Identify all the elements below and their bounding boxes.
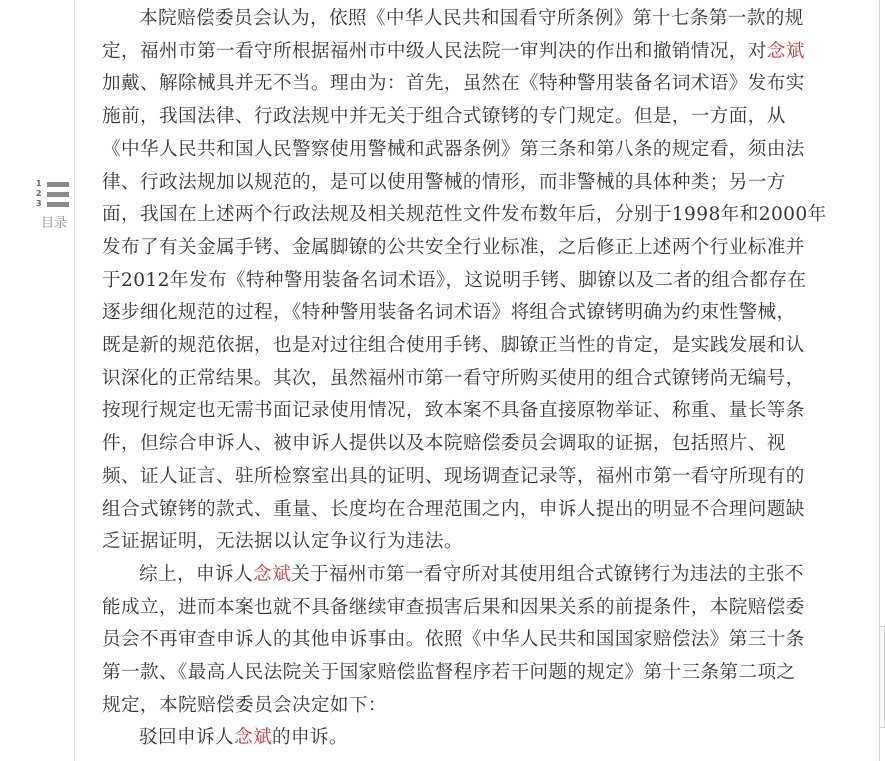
text-line: 乏证据证明，无法据以认定争议行为违法。 <box>102 526 844 559</box>
text-segment: 综上，申诉人 <box>139 564 253 585</box>
text-segment: 频、证人证言、驻所检察室出具的证明、现场调查记录等，福州市第一看守所现有的 <box>102 466 805 487</box>
text-line: 驳回申诉人念斌的申诉。 <box>102 722 844 755</box>
text-segment: 件，但综合申诉人、被申诉人提供以及本院赔偿委员会调取的证据，包括照片、视 <box>102 433 786 454</box>
text-line: 组合式镣铐的款式、重量、长度均在合理范围之内，申诉人提出的明显不合理问题缺 <box>102 494 844 527</box>
text-segment: 驳回申诉人 <box>139 727 234 748</box>
paragraph: 本院赔偿委员会认为，依照《中华人民共和国看守所条例》第十七条第一款的规定，福州市… <box>102 3 844 559</box>
text-line: 既是新的规范依据，也是对过往组合使用手铐、脚镣正当性的肯定，是实践发展和认 <box>102 330 844 363</box>
highlighted-name: 念斌 <box>234 727 272 748</box>
text-segment: 《中华人民共和国人民警察使用警械和武器条例》第三条和第八条的规定看，须由法 <box>102 139 805 160</box>
text-line: 定，福州市第一看守所根据福州市中级人民法院一审判决的作出和撤销情况，对念斌 <box>102 36 844 69</box>
highlighted-name: 念斌 <box>767 41 805 62</box>
text-line: 发布了有关金属手铐、金属脚镣的公共安全行业标准，之后修正上述两个行业标准并 <box>102 232 844 265</box>
text-line: 施前，我国法律、行政法规中并无关于组合式镣铐的专门规定。但是，一方面，从 <box>102 101 844 134</box>
text-line: 能成立，进而本案也就不具备继续审查损害后果和因果关系的前提条件，本院赔偿委 <box>102 592 844 625</box>
text-segment: 加戴、解除械具并无不当。理由为：首先，虽然在《特种警用装备名词术语》发布实 <box>102 73 805 94</box>
numbered-list-icon: 1 2 3 <box>34 180 74 210</box>
text-segment: 定，福州市第一看守所根据福州市中级人民法院一审判决的作出和撤销情况，对 <box>102 41 767 62</box>
text-line: 识深化的正常结果。其次，虽然福州市第一看守所购买使用的组合式镣铐尚无编号， <box>102 363 844 396</box>
text-line: 规定，本院赔偿委员会决定如下： <box>102 690 844 723</box>
text-segment: 能成立，进而本案也就不具备继续审查损害后果和因果关系的前提条件，本院赔偿委 <box>102 597 805 618</box>
text-line: 《中华人民共和国人民警察使用警械和武器条例》第三条和第八条的规定看，须由法 <box>102 134 844 167</box>
paragraph: 综上，申诉人念斌关于福州市第一看守所对其使用组合式镣铐行为违法的主张不能成立，进… <box>102 559 844 723</box>
text-segment: 员会不再审查申诉人的其他申诉事由。依照《中华人民共和国国家赔偿法》第三十条 <box>102 629 805 650</box>
document-body: 本院赔偿委员会认为，依照《中华人民共和国看守所条例》第十七条第一款的规定，福州市… <box>102 0 844 755</box>
text-line: 律、行政法规加以规范的，是可以使用警械的情形，而非警械的具体种类；另一方 <box>102 167 844 200</box>
text-line: 第一款、《最高人民法院关于国家赔偿监督程序若干问题的规定》第十三条第二项之 <box>102 657 844 690</box>
left-rail: 1 2 3 目录 <box>0 0 74 761</box>
text-line: 加戴、解除械具并无不当。理由为：首先，虽然在《特种警用装备名词术语》发布实 <box>102 68 844 101</box>
content-left-border <box>74 0 75 761</box>
text-line: 员会不再审查申诉人的其他申诉事由。依照《中华人民共和国国家赔偿法》第三十条 <box>102 624 844 657</box>
text-line: 面，我国在上述两个行政法规及相关规范性文件发布数年后，分别于1998年和2000… <box>102 199 844 232</box>
paragraph: 驳回申诉人念斌的申诉。 <box>102 722 844 755</box>
text-segment: 乏证据证明，无法据以认定争议行为违法。 <box>102 531 463 552</box>
highlighted-name: 念斌 <box>253 564 291 585</box>
text-segment: 发布了有关金属手铐、金属脚镣的公共安全行业标准，之后修正上述两个行业标准并 <box>102 237 805 258</box>
text-line: 按现行规定也无需书面记录使用情况，致本案不具备直接原物举证、称重、量长等条 <box>102 395 844 428</box>
text-line: 逐步细化规范的过程，《特种警用装备名词术语》将组合式镣铐明确为约束性警械， <box>102 297 844 330</box>
toc-label: 目录 <box>41 212 67 231</box>
text-line: 综上，申诉人念斌关于福州市第一看守所对其使用组合式镣铐行为违法的主张不 <box>102 559 844 592</box>
scrollbar-thumb[interactable] <box>880 626 885 728</box>
text-segment: 的申诉。 <box>272 727 348 748</box>
text-segment: 施前，我国法律、行政法规中并无关于组合式镣铐的专门规定。但是，一方面，从 <box>102 106 786 127</box>
text-segment: 规定，本院赔偿委员会决定如下： <box>102 695 387 716</box>
text-segment: 本院赔偿委员会认为，依照《中华人民共和国看守所条例》第十七条第一款的规 <box>139 8 804 29</box>
text-segment: 既是新的规范依据，也是对过往组合使用手铐、脚镣正当性的肯定，是实践发展和认 <box>102 335 805 356</box>
text-segment: 面，我国在上述两个行政法规及相关规范性文件发布数年后，分别于1998年和2000… <box>102 204 827 225</box>
text-segment: 按现行规定也无需书面记录使用情况，致本案不具备直接原物举证、称重、量长等条 <box>102 400 805 421</box>
text-line: 件，但综合申诉人、被申诉人提供以及本院赔偿委员会调取的证据，包括照片、视 <box>102 428 844 461</box>
text-line: 频、证人证言、驻所检察室出具的证明、现场调查记录等，福州市第一看守所现有的 <box>102 461 844 494</box>
text-segment: 关于福州市第一看守所对其使用组合式镣铐行为违法的主张不 <box>291 564 804 585</box>
text-segment: 组合式镣铐的款式、重量、长度均在合理范围之内，申诉人提出的明显不合理问题缺 <box>102 499 805 520</box>
text-line: 本院赔偿委员会认为，依照《中华人民共和国看守所条例》第十七条第一款的规 <box>102 3 844 36</box>
text-segment: 律、行政法规加以规范的，是可以使用警械的情形，而非警械的具体种类；另一方 <box>102 172 786 193</box>
text-line: 于2012年发布《特种警用装备名词术语》，这说明手铐、脚镣以及二者的组合都存在 <box>102 265 844 298</box>
table-of-contents-button[interactable]: 1 2 3 目录 <box>34 180 74 230</box>
text-segment: 逐步细化规范的过程，《特种警用装备名词术语》将组合式镣铐明确为约束性警械， <box>102 302 795 323</box>
text-segment: 第一款、《最高人民法院关于国家赔偿监督程序若干问题的规定》第十三条第二项之 <box>102 662 795 683</box>
text-segment: 于2012年发布《特种警用装备名词术语》，这说明手铐、脚镣以及二者的组合都存在 <box>102 270 806 291</box>
text-segment: 识深化的正常结果。其次，虽然福州市第一看守所购买使用的组合式镣铐尚无编号， <box>102 368 805 389</box>
